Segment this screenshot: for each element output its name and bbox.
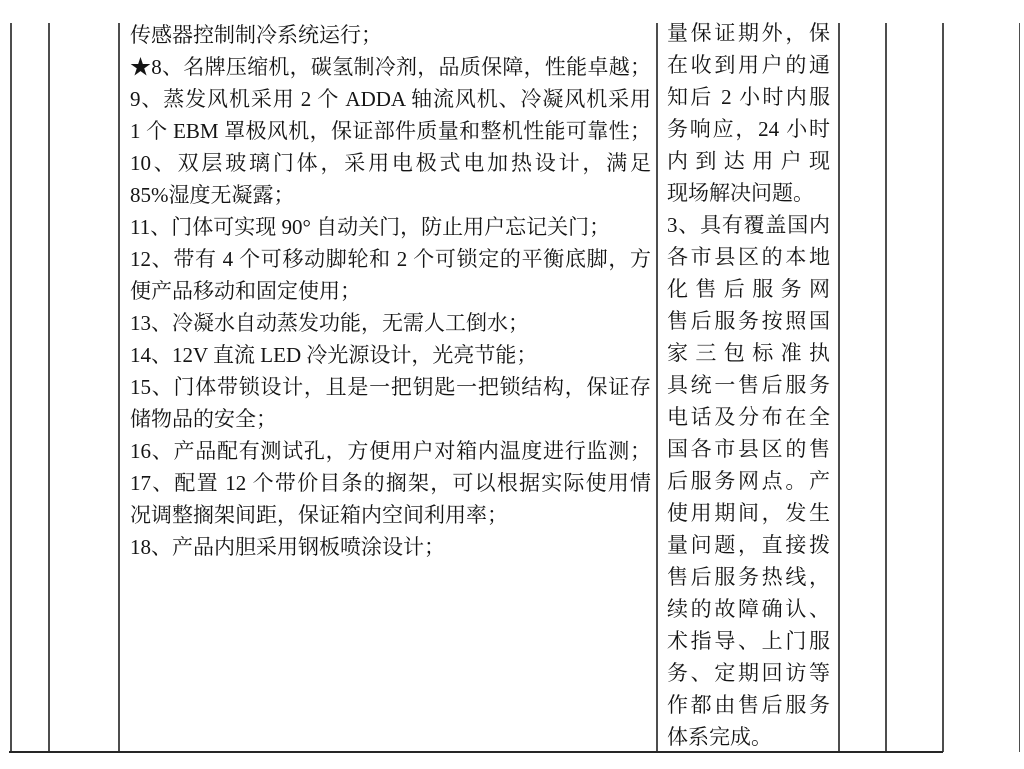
spec-line: 况调整搁架间距，保证箱内空间利用率；: [130, 499, 651, 531]
spec-line: 1 个 EBM 罩极风机，保证部件质量和整机性能可靠性；: [130, 115, 651, 147]
service-line: 具统一售后服务: [667, 369, 830, 401]
spec-line: 便产品移动和固定使用；: [130, 275, 651, 307]
spec-line: 9、蒸发风机采用 2 个 ADDA 轴流风机、冷凝风机采用: [130, 83, 651, 115]
service-line: 知后 2 小时内服: [667, 81, 830, 113]
table-border-vertical-2: [48, 23, 50, 752]
service-line: 使用期间，发生质: [667, 497, 830, 529]
service-line: 务响应，24 小时: [667, 113, 830, 145]
service-line: 化售后服务网络，: [667, 273, 830, 305]
table-border-vertical-4: [656, 23, 658, 752]
spec-line: 16、产品配有测试孔，方便用户对箱内温度进行监测；: [130, 435, 651, 467]
spec-line: 储物品的安全；: [130, 403, 651, 435]
table-border-vertical-7: [942, 23, 944, 752]
spec-line: 15、门体带锁设计，且是一把钥匙一把锁结构，保证存: [130, 371, 651, 403]
service-line: 内到达用户现场，: [667, 145, 830, 177]
service-line: 售后服务热线，后: [667, 561, 830, 593]
spec-line: 传感器控制制冷系统运行；: [130, 19, 651, 51]
service-line: 务、定期回访等工: [667, 657, 830, 689]
spec-column: 传感器控制制冷系统运行； ★8、名牌压缩机，碳氢制冷剂，品质保障，性能卓越； 9…: [130, 19, 651, 563]
service-line: 电话及分布在全: [667, 401, 830, 433]
table-border-vertical-3: [118, 23, 120, 752]
spec-line: 85%湿度无凝露；: [130, 179, 651, 211]
spec-line: 10、双层玻璃门体，采用电极式电加热设计，满足 32℃，: [130, 147, 651, 179]
service-column: 量保证期外，保证 在收到用户的通 知后 2 小时内服 务响应，24 小时 内到达…: [667, 17, 830, 753]
spec-line: 13、冷凝水自动蒸发功能，无需人工倒水；: [130, 307, 651, 339]
table-border-vertical-1: [10, 23, 12, 752]
spec-line: 14、12V 直流 LED 冷光源设计，光亮节能；: [130, 339, 651, 371]
spec-line: ★8、名牌压缩机，碳氢制冷剂，品质保障，性能卓越；: [130, 51, 651, 83]
table-border-vertical-5: [838, 23, 840, 752]
service-line: 后服务网点。产品: [667, 465, 830, 497]
service-line: 国各市县区的售: [667, 433, 830, 465]
service-line: 续的故障确认、技: [667, 593, 830, 625]
service-line: 作都由售后服务: [667, 689, 830, 721]
service-line: 量问题，直接拨打: [667, 529, 830, 561]
service-line: 现场解决问题。: [667, 177, 830, 209]
document-page: 传感器控制制冷系统运行； ★8、名牌压缩机，碳氢制冷剂，品质保障，性能卓越； 9…: [0, 0, 1024, 769]
spec-line: 12、带有 4 个可移动脚轮和 2 个可锁定的平衡底脚，方: [130, 243, 651, 275]
service-line: 在收到用户的通: [667, 49, 830, 81]
service-line: 术指导、上门服: [667, 625, 830, 657]
spec-line: 11、门体可实现 90° 自动关门，防止用户忘记关门；: [130, 211, 651, 243]
spec-line: 18、产品内胆采用钢板喷涂设计；: [130, 531, 651, 563]
spec-line: 17、配置 12 个带价目条的搁架，可以根据实际使用情: [130, 467, 651, 499]
service-line: 3、具有覆盖国内: [667, 209, 830, 241]
table-border-vertical-8: [1019, 23, 1021, 752]
service-line: 各市县区的本地: [667, 241, 830, 273]
service-line: 家三包标准执行，: [667, 337, 830, 369]
service-line: 售后服务按照国: [667, 305, 830, 337]
table-border-vertical-6: [885, 23, 887, 752]
service-line: 体系完成。: [667, 721, 830, 753]
service-line: 量保证期外，保证: [667, 17, 830, 49]
